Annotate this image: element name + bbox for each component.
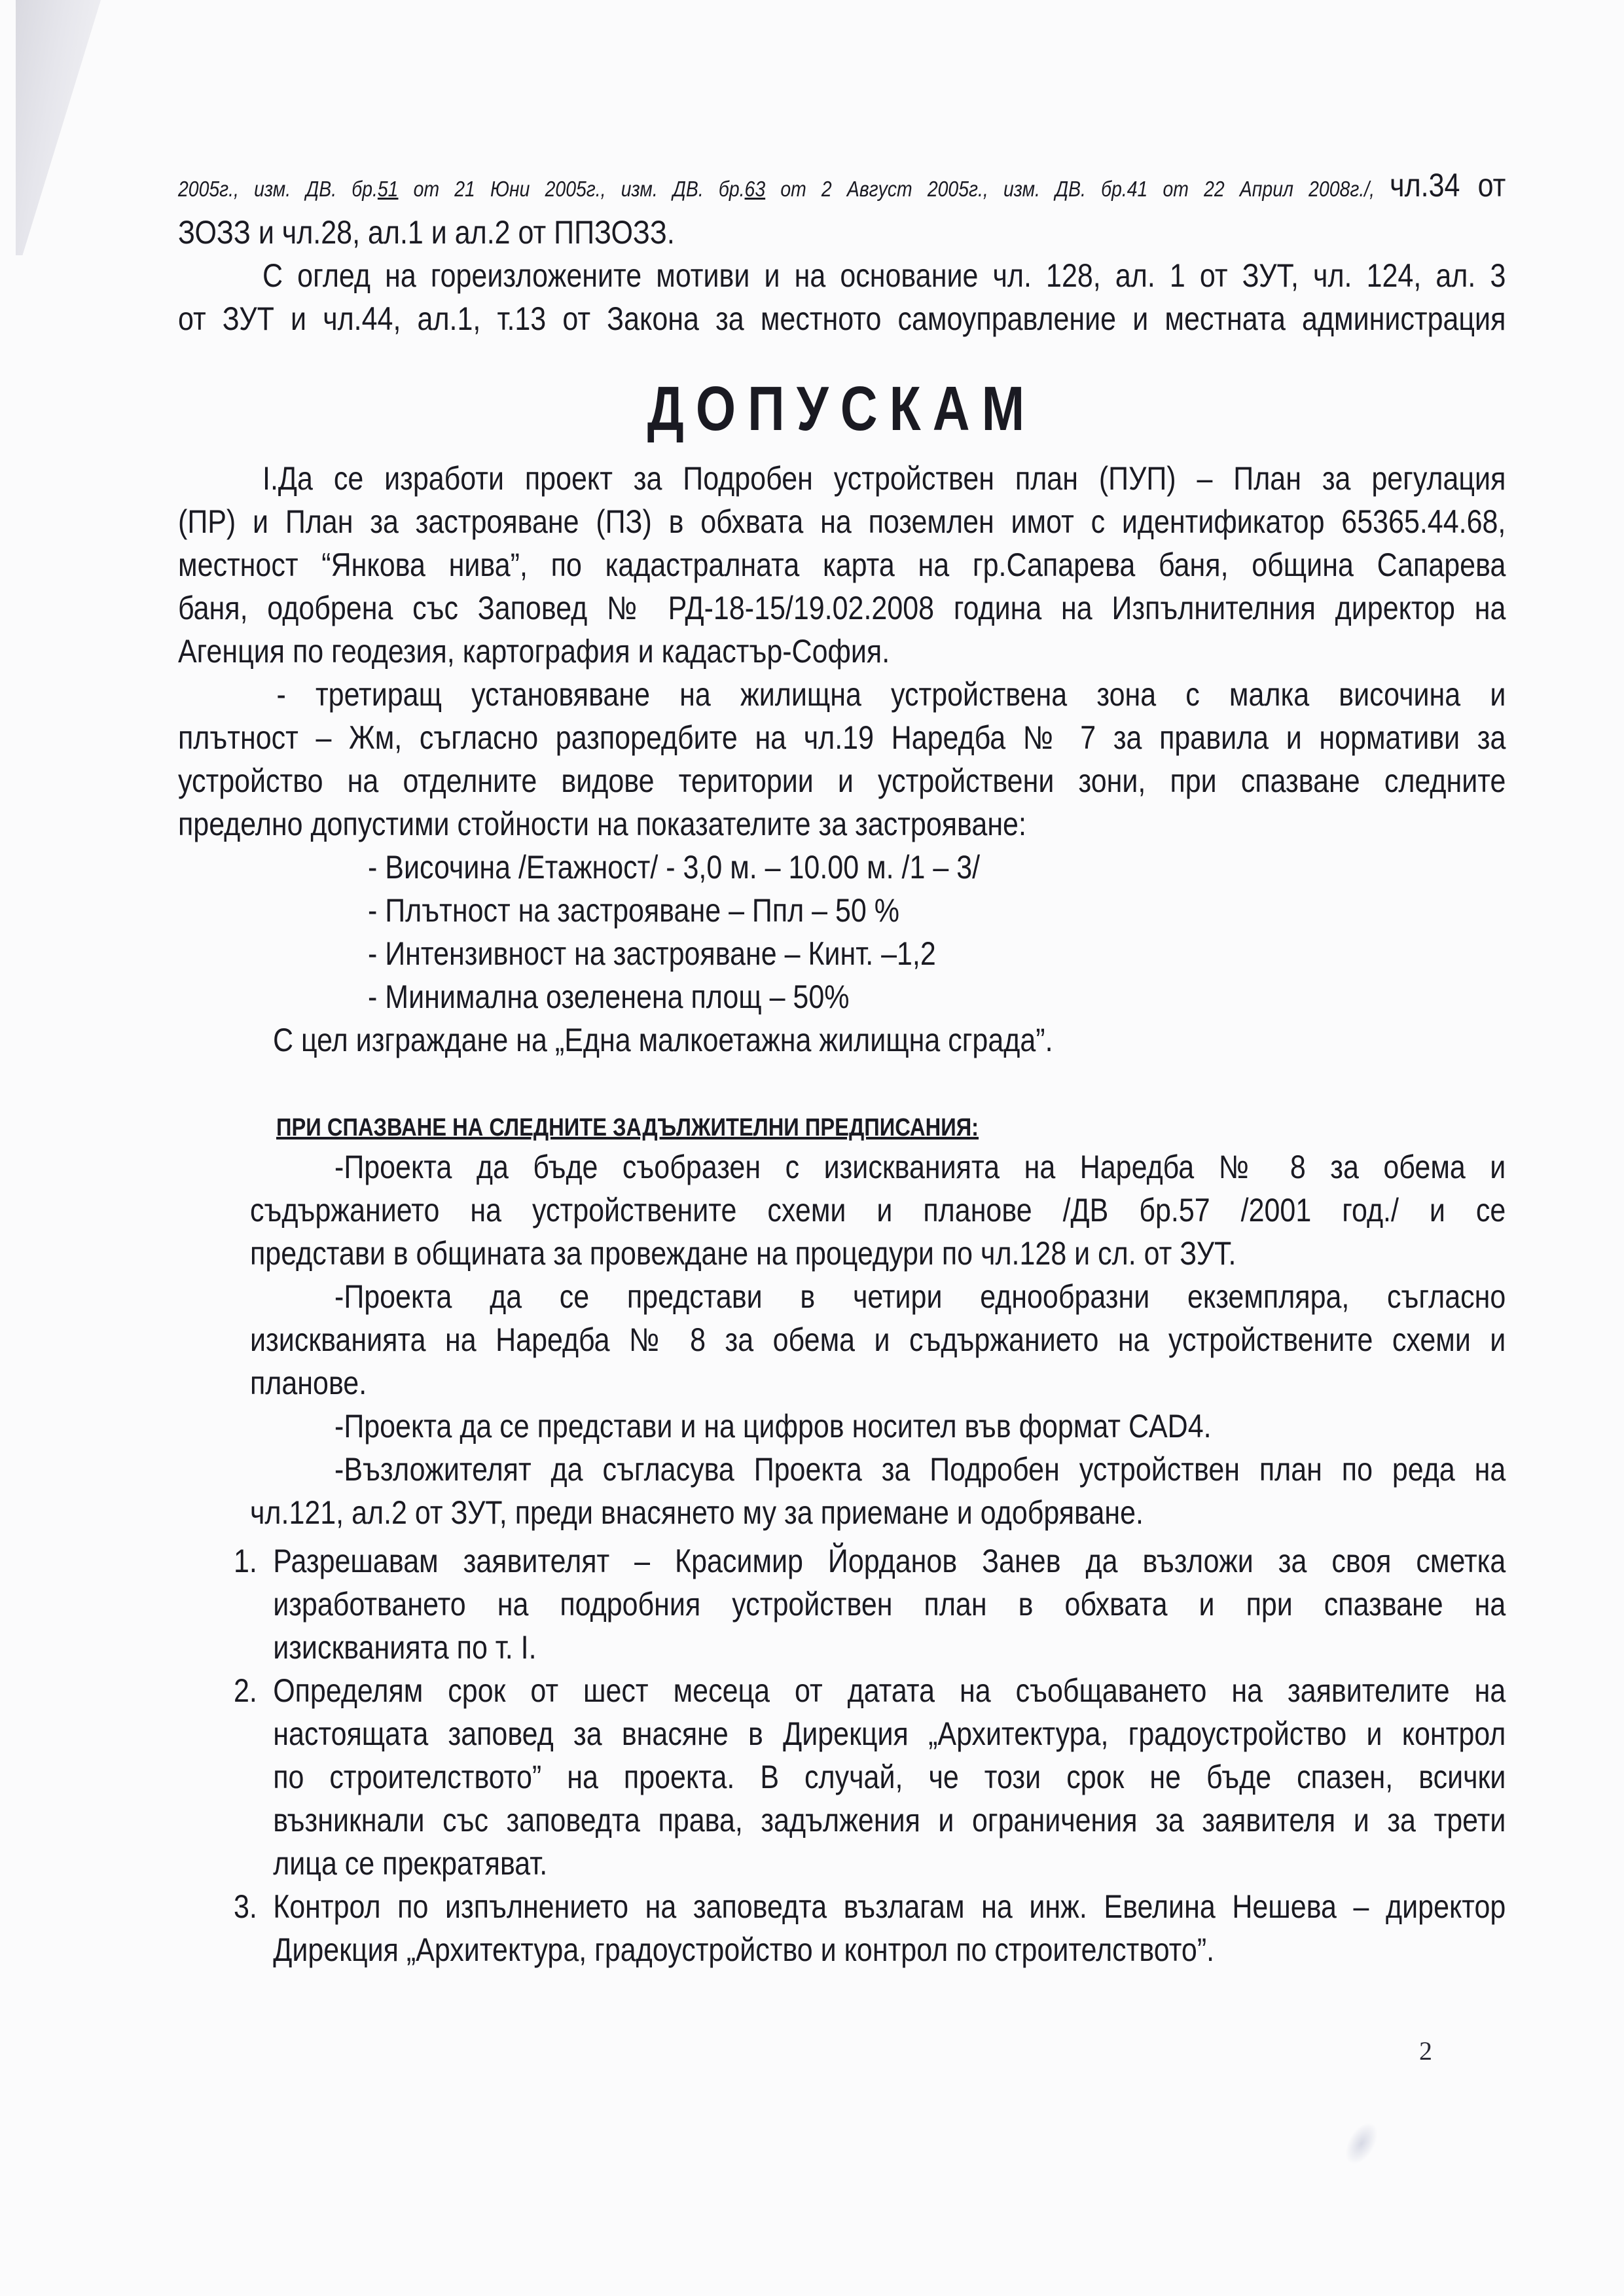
numbered-item-1: 1.Разрешавам заявителят – Красимир Йорда… (234, 1539, 1506, 1669)
item-number: 2. (234, 1669, 273, 1712)
indicator-green-area: - Минимална озеленена площ – 50% (368, 975, 1506, 1018)
intro-line-4: от ЗУТ и чл.44, ал.1, т.13 от Закона за … (178, 297, 1506, 340)
purpose-line: С цел изграждане на „Една малкоетажна жи… (273, 1018, 1506, 1062)
prescription-line: -Проекта да бъде съобразен с изискваният… (250, 1145, 1506, 1189)
item-text: Разрешавам заявителят – Красимир Йордано… (273, 1543, 1506, 1579)
prescription-line: -Възложителят да съгласува Проекта за По… (250, 1448, 1506, 1491)
prescriptions-list: -Проекта да бъде съобразен с изискваният… (250, 1145, 1506, 1534)
ref-part: от 21 Юни 2005г., изм. ДВ. бр. (398, 177, 744, 201)
numbered-line: възникнали със заповедта права, задължен… (234, 1799, 1506, 1842)
ref-part: от 2 Август 2005г., изм. ДВ. бр.41 от 22… (765, 177, 1390, 201)
purpose-block: С цел изграждане на „Една малкоетажна жи… (273, 1018, 1506, 1062)
indicator-density: - Плътност на застрояване – Ппл – 50 % (368, 889, 1506, 932)
numbered-line: 1.Разрешавам заявителят – Красимир Йорда… (234, 1539, 1506, 1583)
ref-part: 63 (745, 177, 766, 201)
section-i: І.Да се изработи проект за Подробен устр… (178, 457, 1506, 673)
prescription-line: изискванията на Наредба № 8 за обема и с… (250, 1318, 1506, 1361)
zoning-block: - третиращ установяване на жилищна устро… (178, 673, 1506, 846)
item-text: Контрол по изпълнението на заповедта въз… (273, 1888, 1506, 1925)
zoning-line: пределно допустими стойности на показате… (178, 802, 1506, 846)
page-number: 2 (1419, 2036, 1432, 2066)
numbered-line: Дирекция „Архитектура, градоустройство и… (234, 1928, 1545, 1971)
intro-tail: чл.34 от (1390, 167, 1506, 204)
zoning-line: - третиращ установяване на жилищна устро… (178, 673, 1506, 716)
section-i-line: баня, одобрена със Заповед № РД-18-15/19… (178, 586, 1506, 630)
prescription-line: -Проекта да се представи и на цифров нос… (250, 1405, 1590, 1448)
numbered-item-2: 2.Определям срок от шест месеца от датат… (234, 1669, 1506, 1885)
intro-line-3: С оглед на гореизложените мотиви и на ос… (178, 254, 1506, 297)
item-number: 1. (234, 1539, 273, 1583)
zoning-line: плътност – Жм, съгласно разпоредбите на … (178, 716, 1506, 759)
numbered-line: лица се прекратяват. (234, 1842, 1545, 1885)
prescription-line: планове. (250, 1361, 1506, 1405)
numbered-line: настоящата заповед за внасяне в Дирекция… (234, 1712, 1506, 1755)
numbered-line: 2.Определям срок от шест месеца от датат… (234, 1669, 1506, 1712)
ref-part: 2005г., изм. ДВ. бр. (178, 177, 378, 201)
zoning-line: устройство на отделните видове територии… (178, 759, 1506, 802)
intro-line-2: ЗОЗЗ и чл.28, ал.1 и ал.2 от ППЗОЗЗ. (178, 211, 1506, 254)
numbered-list: 1.Разрешавам заявителят – Красимир Йорда… (234, 1539, 1506, 1971)
prescriptions-heading: ПРИ СПАЗВАНЕ НА СЛЕДНИТЕ ЗАДЪЛЖИТЕЛНИ ПР… (276, 1106, 1506, 1149)
ref-part: 51 (378, 177, 399, 201)
ink-smudge (1339, 2117, 1384, 2170)
item-text: Определям срок от шест месеца от датата … (273, 1672, 1506, 1709)
section-i-line: Агенция по геодезия, картография и кадас… (178, 630, 1506, 673)
section-i-line: І.Да се изработи проект за Подробен устр… (178, 457, 1506, 500)
prescription-line: -Проекта да се представи в четири еднооб… (250, 1275, 1506, 1318)
prescription-line: чл.121, ал.2 от ЗУТ, преди внасянето му … (250, 1491, 1506, 1534)
order-title: ДОПУСКАМ (298, 373, 1386, 445)
item-number: 3. (234, 1885, 273, 1928)
numbered-line: изискванията по т. І. (234, 1626, 1545, 1669)
numbered-line: по строителството” на проекта. В случай,… (234, 1755, 1506, 1799)
section-i-line: местност “Янкова нива”, по кадастралната… (178, 543, 1506, 586)
numbered-item-3: 3.Контрол по изпълнението на заповедта в… (234, 1885, 1506, 1971)
prescription-line: представи в общината за провеждане на пр… (250, 1232, 1506, 1275)
scan-edge-shadow (16, 0, 101, 255)
prescription-line: съдържанието на устройствените схеми и п… (250, 1189, 1506, 1232)
prescriptions-heading-block: ПРИ СПАЗВАНЕ НА СЛЕДНИТЕ ЗАДЪЛЖИТЕЛНИ ПР… (276, 1106, 1506, 1149)
indicator-intensity: - Интензивност на застрояване – Кинт. –1… (368, 932, 1506, 975)
legal-reference: 2005г., изм. ДВ. бр.51 от 21 Юни 2005г.,… (178, 177, 1390, 201)
numbered-line: изработването на подробния устройствен п… (234, 1583, 1506, 1626)
section-i-line: (ПР) и План за застрояване (ПЗ) в обхват… (178, 500, 1506, 543)
intro-line-1: 2005г., изм. ДВ. бр.51 от 21 Юни 2005г.,… (178, 164, 1506, 211)
intro-block: 2005г., изм. ДВ. бр.51 от 21 Юни 2005г.,… (178, 164, 1506, 340)
indicator-height: - Височина /Етажност/ - 3,0 м. – 10.00 м… (368, 846, 1506, 889)
indicators-list: - Височина /Етажност/ - 3,0 м. – 10.00 м… (368, 846, 1506, 1018)
numbered-line: 3.Контрол по изпълнението на заповедта в… (234, 1885, 1506, 1928)
